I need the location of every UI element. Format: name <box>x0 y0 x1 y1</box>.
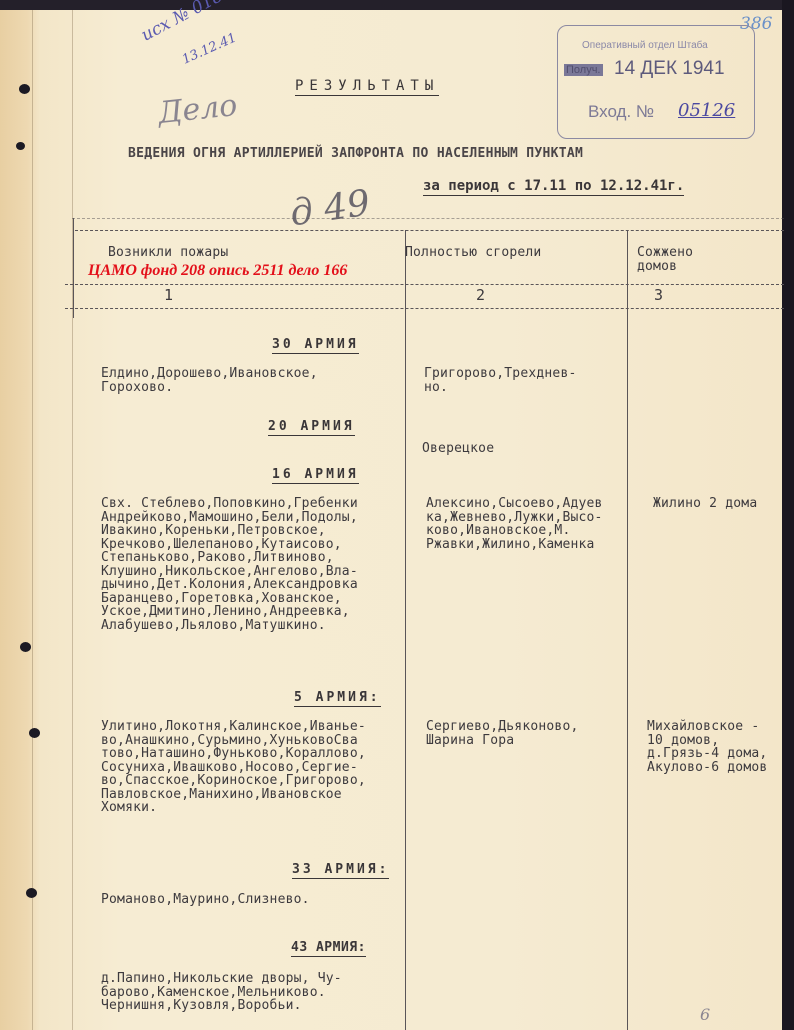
stamp-received-date: 14 ДЕК 1941 <box>614 58 725 80</box>
stamp-received-label: Получ. <box>564 64 603 76</box>
document-title: РЕЗУЛЬТАТЫ <box>295 78 439 96</box>
column-header-fires: Возникли пожары <box>108 246 228 260</box>
table-column-divider <box>627 230 628 1030</box>
column-number-3: 3 <box>654 289 663 303</box>
table-column-divider <box>73 218 74 318</box>
section-16-fires: Свх. Стеблево,Поповкино,Гребенки Андрейк… <box>101 497 358 632</box>
column-number-2: 2 <box>476 289 485 303</box>
punch-hole <box>29 728 40 738</box>
column-header-houses: Сожжено домов <box>637 246 693 274</box>
section-5-fires: Улитино,Локотня,Калинское,Иванье- во,Ана… <box>101 720 366 815</box>
army-heading-30: 30 АРМИЯ <box>272 337 359 354</box>
stamp-incoming-label: Вход. № <box>588 102 654 122</box>
section-20-burned: Оверецкое <box>422 442 494 456</box>
bottom-mark: 6 <box>700 1005 710 1024</box>
scan-right-edge <box>782 0 794 1030</box>
table-column-divider <box>405 230 406 1030</box>
section-33-fires: Романово,Маурино,Слизнево. <box>101 893 310 907</box>
punch-hole <box>19 84 30 94</box>
fold-line <box>32 10 33 1030</box>
section-16-houses: Жилино 2 дома <box>653 497 757 511</box>
section-30-burned: Григорово,Трехднев- но. <box>424 367 577 394</box>
punch-hole <box>16 142 25 150</box>
table-rule <box>65 308 784 309</box>
column-header-burned: Полностью сгорели <box>405 246 541 260</box>
document-period: за период с 17.11 по 12.12.41г. <box>423 178 684 196</box>
section-30-fires: Елдино,Дорошево,Ивановское, Горохово. <box>101 367 318 394</box>
section-16-burned: Алексино,Сысоево,Адуев ка,Жевнево,Лужки,… <box>426 497 603 551</box>
army-heading-33: 33 АРМИЯ: <box>292 862 389 879</box>
section-5-burned: Сергиево,Дьяконово, Шарина Гора <box>426 720 579 747</box>
army-heading-16: 16 АРМИЯ <box>272 467 359 484</box>
archive-watermark: ЦАМО фонд 208 опись 2511 дело 166 <box>88 262 347 280</box>
table-rule <box>65 284 784 285</box>
section-43-fires: д.Папино,Никольские дворы, Чу- барово,Ка… <box>101 972 342 1013</box>
punch-hole <box>20 642 31 652</box>
column-number-1: 1 <box>164 289 173 303</box>
received-stamp: Оперативный отдел Штаба Получ. 14 ДЕК 19… <box>557 25 755 139</box>
document-subtitle: ВЕДЕНИЯ ОГНЯ АРТИЛЛЕРИЕЙ ЗАПФРОНТА ПО НА… <box>128 146 583 161</box>
section-5-houses: Михайловское - 10 домов, д.Грязь-4 дома,… <box>647 720 767 774</box>
fold-line <box>72 10 73 1030</box>
punch-hole <box>26 888 37 898</box>
table-rule <box>75 230 784 231</box>
stamp-incoming-number: 05126 <box>678 100 735 121</box>
stamp-department: Оперативный отдел Штаба <box>582 40 708 51</box>
table-rule <box>72 218 784 219</box>
army-heading-5: 5 АРМИЯ: <box>294 690 381 707</box>
army-heading-43: 43 АРМИЯ: <box>291 940 366 957</box>
army-heading-20: 20 АРМИЯ <box>268 419 355 436</box>
